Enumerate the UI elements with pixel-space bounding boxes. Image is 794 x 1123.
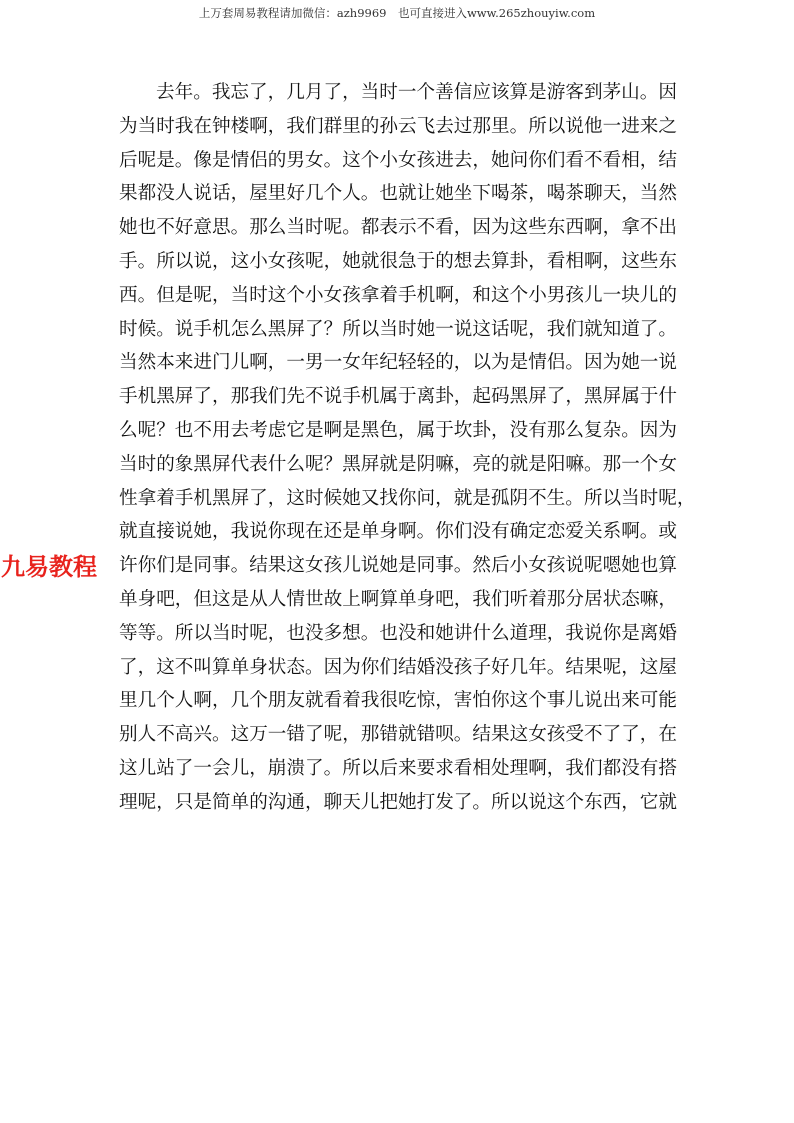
paragraph-line: 西。但是呢，当时这个小女孩拿着手机啊，和这个小男孩儿一块儿的: [119, 279, 677, 313]
paragraph-line: 了，这不叫算单身状态。因为你们结婚没孩子好几年。结果呢，这屋: [119, 651, 677, 685]
paragraph-line: 么呢？也不用去考虑它是啊是黑色，属于坎卦，没有那么复杂。因为: [119, 414, 677, 448]
paragraph-line: 后呢是。像是情侣的男女。这个小女孩进去，她问你们看不看相，结: [119, 144, 677, 178]
paragraph-line: 为当时我在钟楼啊，我们群里的孙云飞去过那里。所以说他一进来之: [119, 110, 677, 144]
paragraph-line: 许你们是同事。结果这女孩儿说她是同事。然后小女孩说呢嗯她也算: [119, 549, 677, 583]
paragraph-line: 别人不高兴。这万一错了呢，那错就错呗。结果这女孩受不了了，在: [119, 718, 677, 752]
document-body: 去年。我忘了，几月了，当时一个善信应该算是游客到茅山。因 为当时我在钟楼啊，我们…: [119, 76, 677, 820]
paragraph-line: 就直接说她，我说你现在还是单身啊。你们没有确定恋爱关系啊。或: [119, 515, 677, 549]
page-header: 上万套周易教程请加微信：azh9969 也可直接进入www.265zhouyiw…: [0, 5, 794, 21]
paragraph-line: 她也不好意思。那么当时呢。都表示不看，因为这些东西啊，拿不出: [119, 211, 677, 245]
paragraph-line: 性拿着手机黑屏了，这时候她又找你问，就是孤阴不生。所以当时呢，: [119, 482, 677, 516]
paragraph-line: 单身吧，但这是从人情世故上啊算单身吧，我们听着那分居状态嘛，: [119, 583, 677, 617]
paragraph-line: 去年。我忘了，几月了，当时一个善信应该算是游客到茅山。因: [119, 76, 677, 110]
paragraph-line: 这儿站了一会儿，崩溃了。所以后来要求看相处理啊，我们都没有搭: [119, 752, 677, 786]
paragraph-line: 手。所以说，这小女孩呢，她就很急于的想去算卦，看相啊，这些东: [119, 245, 677, 279]
paragraph-line: 果都没人说话，屋里好几个人。也就让她坐下喝茶，喝茶聊天，当然: [119, 177, 677, 211]
paragraph-line: 理呢，只是简单的沟通，聊天儿把她打发了。所以说这个东西，它就: [119, 786, 677, 820]
paragraph-line: 等等。所以当时呢，也没多想。也没和她讲什么道理，我说你是离婚: [119, 617, 677, 651]
paragraph-line: 里几个人啊，几个朋友就看着我很吃惊，害怕你这个事儿说出来可能: [119, 684, 677, 718]
paragraph-line: 当然本来进门儿啊，一男一女年纪轻轻的，以为是情侣。因为她一说: [119, 346, 677, 380]
paragraph-line: 时候。说手机怎么黑屏了？所以当时她一说这话呢，我们就知道了。: [119, 313, 677, 347]
watermark-logo: 九易教程: [1, 547, 97, 582]
paragraph-line: 手机黑屏了，那我们先不说手机属于离卦，起码黑屏了，黑屏属于什: [119, 380, 677, 414]
paragraph-line: 当时的象黑屏代表什么呢？黑屏就是阴嘛，亮的就是阳嘛。那一个女: [119, 448, 677, 482]
